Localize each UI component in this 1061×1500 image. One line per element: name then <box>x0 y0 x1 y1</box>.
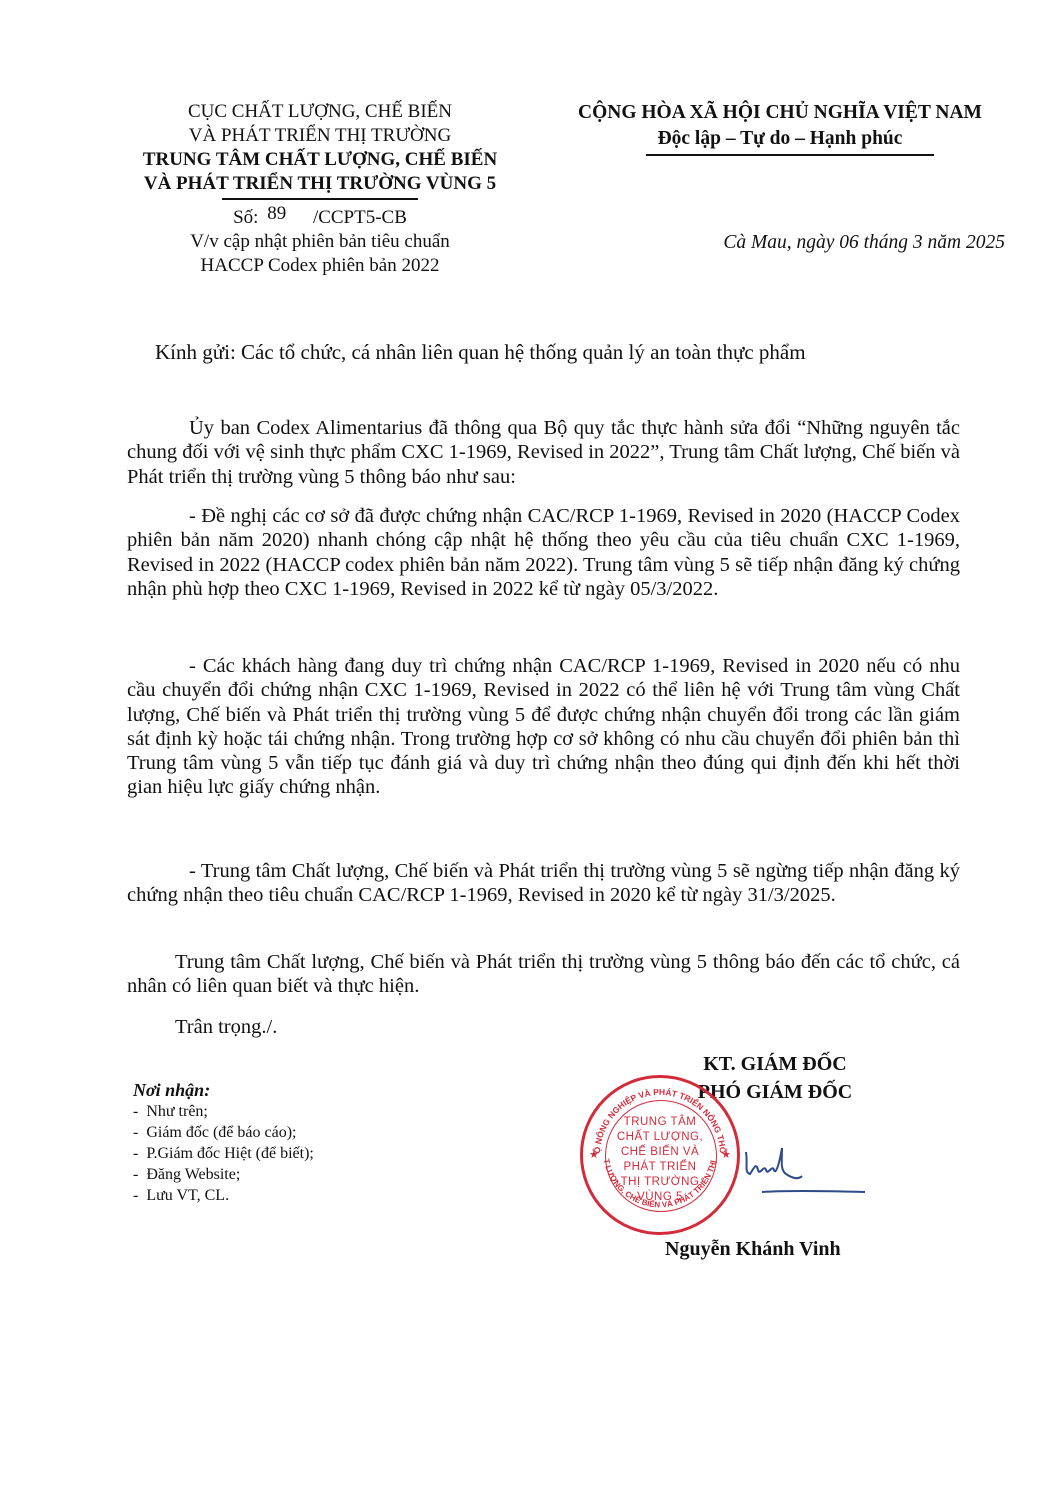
recipient-item: Như trên; <box>133 1101 314 1122</box>
official-stamp: BỘ NÔNG NGHIỆP VÀ PHÁT TRIỂN NÔNG THÔN C… <box>580 1075 740 1235</box>
center-line-1: TRUNG TÂM CHẤT LƯỢNG, CHẾ BIẾN <box>110 148 530 172</box>
recipient-item: Đăng Website; <box>133 1164 314 1185</box>
body-point-1: - Đề nghị các cơ sở đã được chứng nhận C… <box>127 504 960 601</box>
motto-underline <box>646 154 934 156</box>
recipient-item: Giám đốc (để báo cáo); <box>133 1122 314 1143</box>
ministry-line-1: CỤC CHẤT LƯỢNG, CHẾ BIẾN <box>110 100 530 124</box>
subject-line-2: HACCP Codex phiên bản 2022 <box>110 254 530 278</box>
closing-paragraph: Trung tâm Chất lượng, Chế biến và Phát t… <box>127 950 960 999</box>
addressee: Kính gửi: Các tổ chức, cá nhân liên quan… <box>155 340 806 365</box>
stamp-inner-text: TRUNG TÂM CHẤT LƯỢNG, CHẾ BIẾN VÀ PHÁT T… <box>583 1115 737 1205</box>
body-point-3: - Trung tâm Chất lượng, Chế biến và Phát… <box>127 859 960 908</box>
number-value: 89 <box>267 203 286 224</box>
body-regards: Trân trọng./. <box>127 1015 960 1039</box>
point-1-paragraph: - Đề nghị các cơ sở đã được chứng nhận C… <box>127 504 960 601</box>
handwritten-signature-icon <box>740 1140 870 1200</box>
subject-line-1: V/v cập nhật phiên bản tiêu chuẩn <box>110 230 530 254</box>
header-underline <box>222 198 418 200</box>
regards-text: Trân trọng./. <box>127 1015 960 1039</box>
national-header: CỘNG HÒA XÃ HỘI CHỦ NGHĨA VIỆT NAM Độc l… <box>520 100 1040 156</box>
center-line-2: VÀ PHÁT TRIỂN THỊ TRƯỜNG VÙNG 5 <box>110 172 530 196</box>
document-number: Số: 89 /CCPT5-CB <box>110 206 530 230</box>
number-label: Số: <box>233 207 258 228</box>
body-point-2: - Các khách hàng đang duy trì chứng nhận… <box>127 654 960 800</box>
body-closing: Trung tâm Chất lượng, Chế biến và Phát t… <box>127 950 960 999</box>
national-motto: Độc lập – Tự do – Hạnh phúc <box>520 126 1040 152</box>
body-intro: Ủy ban Codex Alimentarius đã thông qua B… <box>127 416 960 489</box>
point-2-paragraph: - Các khách hàng đang duy trì chứng nhận… <box>127 654 960 800</box>
place-and-date: Cà Mau, ngày 06 tháng 3 năm 2025 <box>520 232 1005 254</box>
recipients-title: Nơi nhận: <box>133 1080 314 1101</box>
signer-name: Nguyễn Khánh Vinh <box>665 1238 841 1261</box>
issuing-agency-header: CỤC CHẤT LƯỢNG, CHẾ BIẾN VÀ PHÁT TRIỂN T… <box>110 100 530 278</box>
recipient-item: Lưu VT, CL. <box>133 1185 314 1206</box>
recipient-item: P.Giám đốc Hiệt (để biết); <box>133 1143 314 1164</box>
intro-paragraph: Ủy ban Codex Alimentarius đã thông qua B… <box>127 416 960 489</box>
number-suffix: /CCPT5-CB <box>313 207 407 228</box>
nation-name: CỘNG HÒA XÃ HỘI CHỦ NGHĨA VIỆT NAM <box>520 100 1040 126</box>
point-3-paragraph: - Trung tâm Chất lượng, Chế biến và Phát… <box>127 859 960 908</box>
signature-line-1: KT. GIÁM ĐỐC <box>630 1050 920 1078</box>
ministry-line-2: VÀ PHÁT TRIỂN THỊ TRƯỜNG <box>110 124 530 148</box>
recipients-list: Nơi nhận: Như trên; Giám đốc (để báo cáo… <box>133 1080 314 1206</box>
